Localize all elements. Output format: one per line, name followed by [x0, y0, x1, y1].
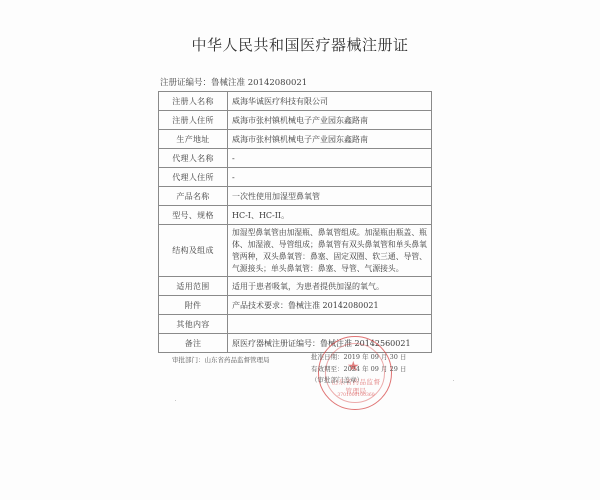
row-value-product-name: 一次性使用加湿型鼻氧管 — [228, 187, 432, 206]
row-key-structure: 结构及组成 — [159, 225, 228, 277]
table-row: 其他内容 — [159, 315, 432, 334]
table-row: 结构及组成 加湿型鼻氧管由加湿瓶、鼻氧管组成。加湿瓶由瓶盖、瓶体、加湿液、导管组… — [159, 225, 432, 277]
row-key-remarks: 备注 — [159, 334, 228, 353]
seal-code: 3701000100360 — [329, 393, 383, 398]
valid-until: 有效期至：2024 年 09 月 29 日 — [311, 364, 406, 376]
table-row: 代理人住所 - — [159, 168, 432, 187]
table-row: 备注 原医疗器械注册证编号：鲁械注准 20142560021 — [159, 334, 432, 353]
row-value-structure: 加湿型鼻氧管由加湿瓶、鼻氧管组成。加湿瓶由瓶盖、瓶体、加湿液、导管组成；鼻氧管有… — [228, 225, 432, 277]
table-row: 代理人名称 - — [159, 149, 432, 168]
row-value-model-spec: HC-I、HC-II。 — [228, 206, 432, 225]
table-row: 型号、规格 HC-I、HC-II。 — [159, 206, 432, 225]
row-value-other — [228, 315, 432, 334]
row-value-attachment: 产品技术要求：鲁械注准 20142080021 — [228, 296, 432, 315]
row-value-production-address: 威海市张村镇机械电子产业园东鑫路南 — [228, 130, 432, 149]
row-value-agent-name: - — [228, 149, 432, 168]
row-key-agent-name: 代理人名称 — [159, 149, 228, 168]
approval-date: 批准日期：2019 年 09 月 30 日 — [311, 352, 406, 364]
table-row: 生产地址 威海市张村镇机械电子产业园东鑫路南 — [159, 130, 432, 149]
row-key-other: 其他内容 — [159, 315, 228, 334]
row-key-model-spec: 型号、规格 — [159, 206, 228, 225]
row-value-registrant-name: 威海华诚医疗科技有限公司 — [228, 92, 432, 111]
row-key-registrant-name: 注册人名称 — [159, 92, 228, 111]
row-key-agent-address: 代理人住所 — [159, 168, 228, 187]
table-row: 产品名称 一次性使用加湿型鼻氧管 — [159, 187, 432, 206]
table-row: 适用范围 适用于患者吸氧，为患者提供加湿的氧气。 — [159, 277, 432, 296]
row-key-product-name: 产品名称 — [159, 187, 228, 206]
row-key-registrant-address: 注册人住所 — [159, 111, 228, 130]
scan-speck — [453, 380, 454, 381]
scan-speck — [175, 400, 176, 401]
registration-number-label: 注册证编号： — [160, 78, 211, 88]
certificate-page: 中华人民共和国医疗器械注册证 注册证编号：鲁械注准 20142080021 注册… — [0, 0, 600, 500]
row-key-production-address: 生产地址 — [159, 130, 228, 149]
seal-note: （审批部门盖章） — [311, 375, 406, 387]
row-key-attachment: 附件 — [159, 296, 228, 315]
table-row: 附件 产品技术要求：鲁械注准 20142080021 — [159, 296, 432, 315]
registration-number: 注册证编号：鲁械注准 20142080021 — [160, 76, 307, 88]
document-title: 中华人民共和国医疗器械注册证 — [0, 34, 600, 55]
approval-department: 审批部门：山东省药品监督管理局 — [172, 355, 270, 364]
approval-info: 批准日期：2019 年 09 月 30 日 有效期至：2024 年 09 月 2… — [311, 352, 406, 387]
table-row: 注册人住所 威海市张村镇机械电子产业园东鑫路南 — [159, 111, 432, 130]
table-row: 注册人名称 威海华诚医疗科技有限公司 — [159, 92, 432, 111]
row-value-agent-address: - — [228, 168, 432, 187]
certificate-table: 注册人名称 威海华诚医疗科技有限公司 注册人住所 威海市张村镇机械电子产业园东鑫… — [158, 91, 432, 353]
registration-number-value: 鲁械注准 20142080021 — [211, 78, 307, 88]
row-value-registrant-address: 威海市张村镇机械电子产业园东鑫路南 — [228, 111, 432, 130]
row-key-scope: 适用范围 — [159, 277, 228, 296]
row-value-scope: 适用于患者吸氧，为患者提供加湿的氧气。 — [228, 277, 432, 296]
